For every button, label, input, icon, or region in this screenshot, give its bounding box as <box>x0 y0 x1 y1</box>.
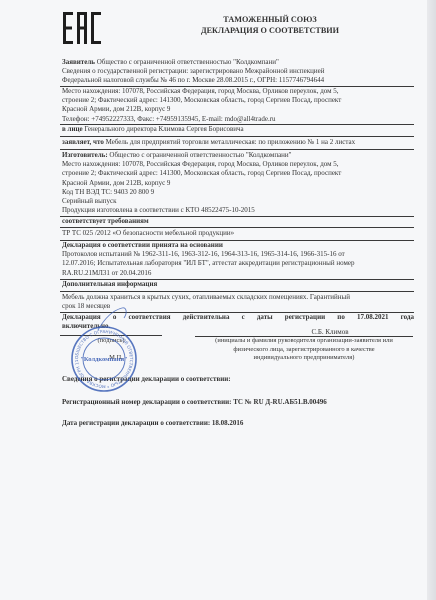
signature-stroke-icon <box>96 306 132 332</box>
header-title: ДЕКЛАРАЦИЯ О СООТВЕТСТВИИ <box>150 25 390 36</box>
signer-caption-line: (инициалы и фамилия руководителя организ… <box>195 337 413 346</box>
document-page: ТАМОЖЕННЫЙ СОЮЗ ДЕКЛАРАЦИЯ О СООТВЕТСТВИ… <box>0 0 427 600</box>
declares-value: Мебель для предприятий торговли металлич… <box>104 138 355 146</box>
basis-line-3: RA.RU.21МЛ31 от 20.04.2016 <box>62 269 414 278</box>
signer-caption: (инициалы и фамилия руководителя организ… <box>195 337 413 363</box>
validity-word: Декларация <box>62 313 101 322</box>
requirements-label-block: соответствует требованиям <box>62 217 414 226</box>
validity-word: соответствия <box>129 313 171 322</box>
declares-label: заявляет, что <box>62 138 104 146</box>
additional-line-1: Мебель должна храниться в крытых сухих, … <box>62 293 414 302</box>
company-stamp: ОБЩЕСТВО С ОГРАНИЧЕННОЙ ОТВЕТСТВЕННОСТЬЮ… <box>70 325 138 393</box>
divider <box>60 291 414 292</box>
validity-word: даты <box>257 313 273 322</box>
applicant-name: Общество с ограниченной ответственностью… <box>95 58 279 66</box>
validity-word: регистрации <box>285 313 325 322</box>
applicant-address-2: строение 2; Фактический адрес: 141300, М… <box>62 96 414 105</box>
applicant-registration-1: Сведения о государственной регистрации: … <box>62 67 414 76</box>
divider <box>60 227 414 228</box>
validity-word: с <box>242 313 245 322</box>
eac-logo <box>63 12 103 44</box>
representative-label: в лице <box>62 125 83 133</box>
eac-mark-icon <box>63 12 103 44</box>
basis-block: Декларация о соответствии принята на осн… <box>62 241 414 278</box>
applicant-address-block: Место нахождения: 107078, Российская Фед… <box>62 87 414 124</box>
basis-line-2: 12.07.2016; Испытательная лаборатория "И… <box>62 259 414 268</box>
manufacturer-address-2: строение 2; Фактический адрес: 141300, М… <box>62 169 414 178</box>
additional-label-block: Дополнительная информация <box>62 280 414 289</box>
requirements-value-block: ТР ТС 025 /2012 «О безопасности мебельно… <box>62 229 414 238</box>
requirements-label: соответствует требованиям <box>62 217 149 225</box>
tn-ved-code: Код ТН ВЭД ТС: 9403 20 800 9 <box>62 188 414 197</box>
production-standard: Продукция изготовлена в соответствии с К… <box>62 206 414 215</box>
basis-line-1: Протоколов испытаний № 1962-311-16, 1963… <box>62 250 414 259</box>
manufacturer-address-1: Место нахождения: 107078, Российская Фед… <box>62 160 414 169</box>
applicant-address-1: Место нахождения: 107078, Российская Фед… <box>62 87 414 96</box>
signer-caption-line: индивидуального предпринимателя) <box>195 354 413 363</box>
manufacturer-label: Изготовитель: <box>62 151 108 159</box>
applicant-block: Заявитель Общество с ограниченной ответс… <box>62 58 414 86</box>
validity-word: по <box>337 313 345 322</box>
basis-label: Декларация о соответствии принята на осн… <box>62 241 414 250</box>
applicant-address-3: Красной Армии, дом 212В, корпус 9 <box>62 105 414 114</box>
registration-date: Дата регистрации декларации о соответств… <box>62 419 414 428</box>
declares-block: заявляет, что Мебель для предприятий тор… <box>62 138 414 147</box>
svg-text:"Колдкомпани": "Колдкомпани" <box>80 356 127 363</box>
manufacturer-address-3: Красной Армии, дом 212В, корпус 9 <box>62 179 414 188</box>
release-type: Серийный выпуск <box>62 197 414 206</box>
divider <box>60 149 414 150</box>
applicant-contacts: Телефон: +74952227333, Факс: +7495913594… <box>62 115 414 124</box>
applicant-label: Заявитель <box>62 58 95 66</box>
representative-block: в лице Генерального директора Климова Се… <box>62 125 414 134</box>
validity-word: года <box>401 313 414 322</box>
additional-label: Дополнительная информация <box>62 280 157 288</box>
header-union: ТАМОЖЕННЫЙ СОЮЗ <box>150 14 390 25</box>
signer-caption-line: физического лица, зарегистрированного в … <box>195 346 413 355</box>
divider <box>60 136 414 137</box>
document-header: ТАМОЖЕННЫЙ СОЮЗ ДЕКЛАРАЦИЯ О СООТВЕТСТВИ… <box>150 14 390 36</box>
page-edge <box>427 0 436 600</box>
manufacturer-name: Общество с ограниченной ответственностью… <box>108 151 292 159</box>
representative-value: Генерального директора Климова Сергея Бо… <box>83 125 244 133</box>
applicant-registration-2: Федеральной налоговой службы № 46 по г. … <box>62 76 414 85</box>
registration-number: Регистрационный номер декларации о соотв… <box>62 398 414 407</box>
validity-word: действительна <box>183 313 230 322</box>
validity-expiry-date: 17.08.2021 <box>357 313 389 322</box>
round-seal-icon: ОБЩЕСТВО С ОГРАНИЧЕННОЙ ОТВЕТСТВЕННОСТЬЮ… <box>70 325 138 393</box>
manufacturer-block: Изготовитель: Общество с ограниченной от… <box>62 151 414 215</box>
requirements-value: ТР ТС 025 /2012 «О безопасности мебельно… <box>62 229 234 237</box>
